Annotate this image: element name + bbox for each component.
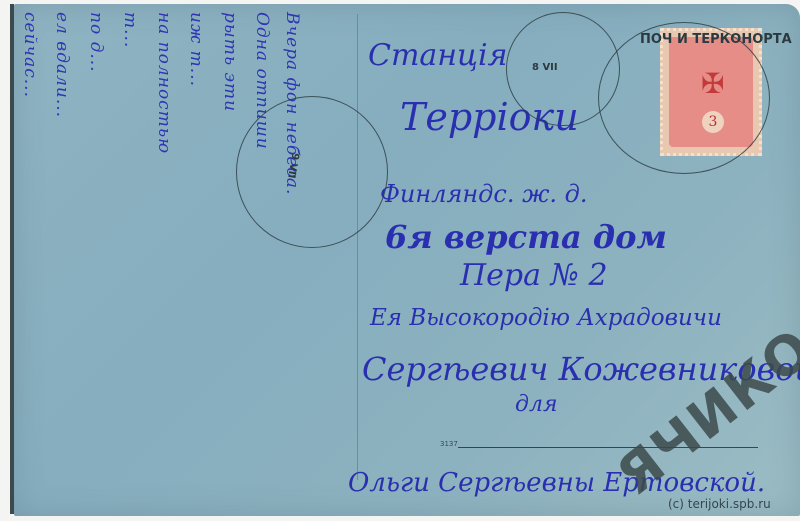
message-column: на полностью [154, 12, 174, 154]
message-column: иж т... [186, 12, 206, 87]
print-number: 3137 [440, 440, 458, 448]
address-line: 6я верста дом [385, 218, 667, 256]
address-line: для [515, 392, 558, 417]
postmark [236, 96, 388, 248]
message-column: рыть эти [220, 12, 240, 112]
message-column: т... [120, 12, 140, 48]
postmark-date: 8 VII [532, 62, 558, 73]
address-divider [357, 14, 358, 480]
address-line: Ольги Сергѣевны Ертовской. [348, 468, 765, 498]
message-column: сейчас... [20, 12, 40, 98]
address-line: Финляндс. ж. д. [380, 180, 587, 208]
address-line: Пера № 2 [460, 258, 608, 293]
postmark-text: ПОЧ И ТЕРКОНОРТА [640, 32, 792, 47]
address-line: Станція [368, 38, 507, 73]
copyright-text: (c) terijoki.spb.ru [668, 497, 771, 511]
address-line: Ея Высокородію Ахрадовичи [370, 305, 722, 331]
message-column: по д... [86, 12, 106, 73]
message-column: ел вдали... [52, 12, 72, 118]
